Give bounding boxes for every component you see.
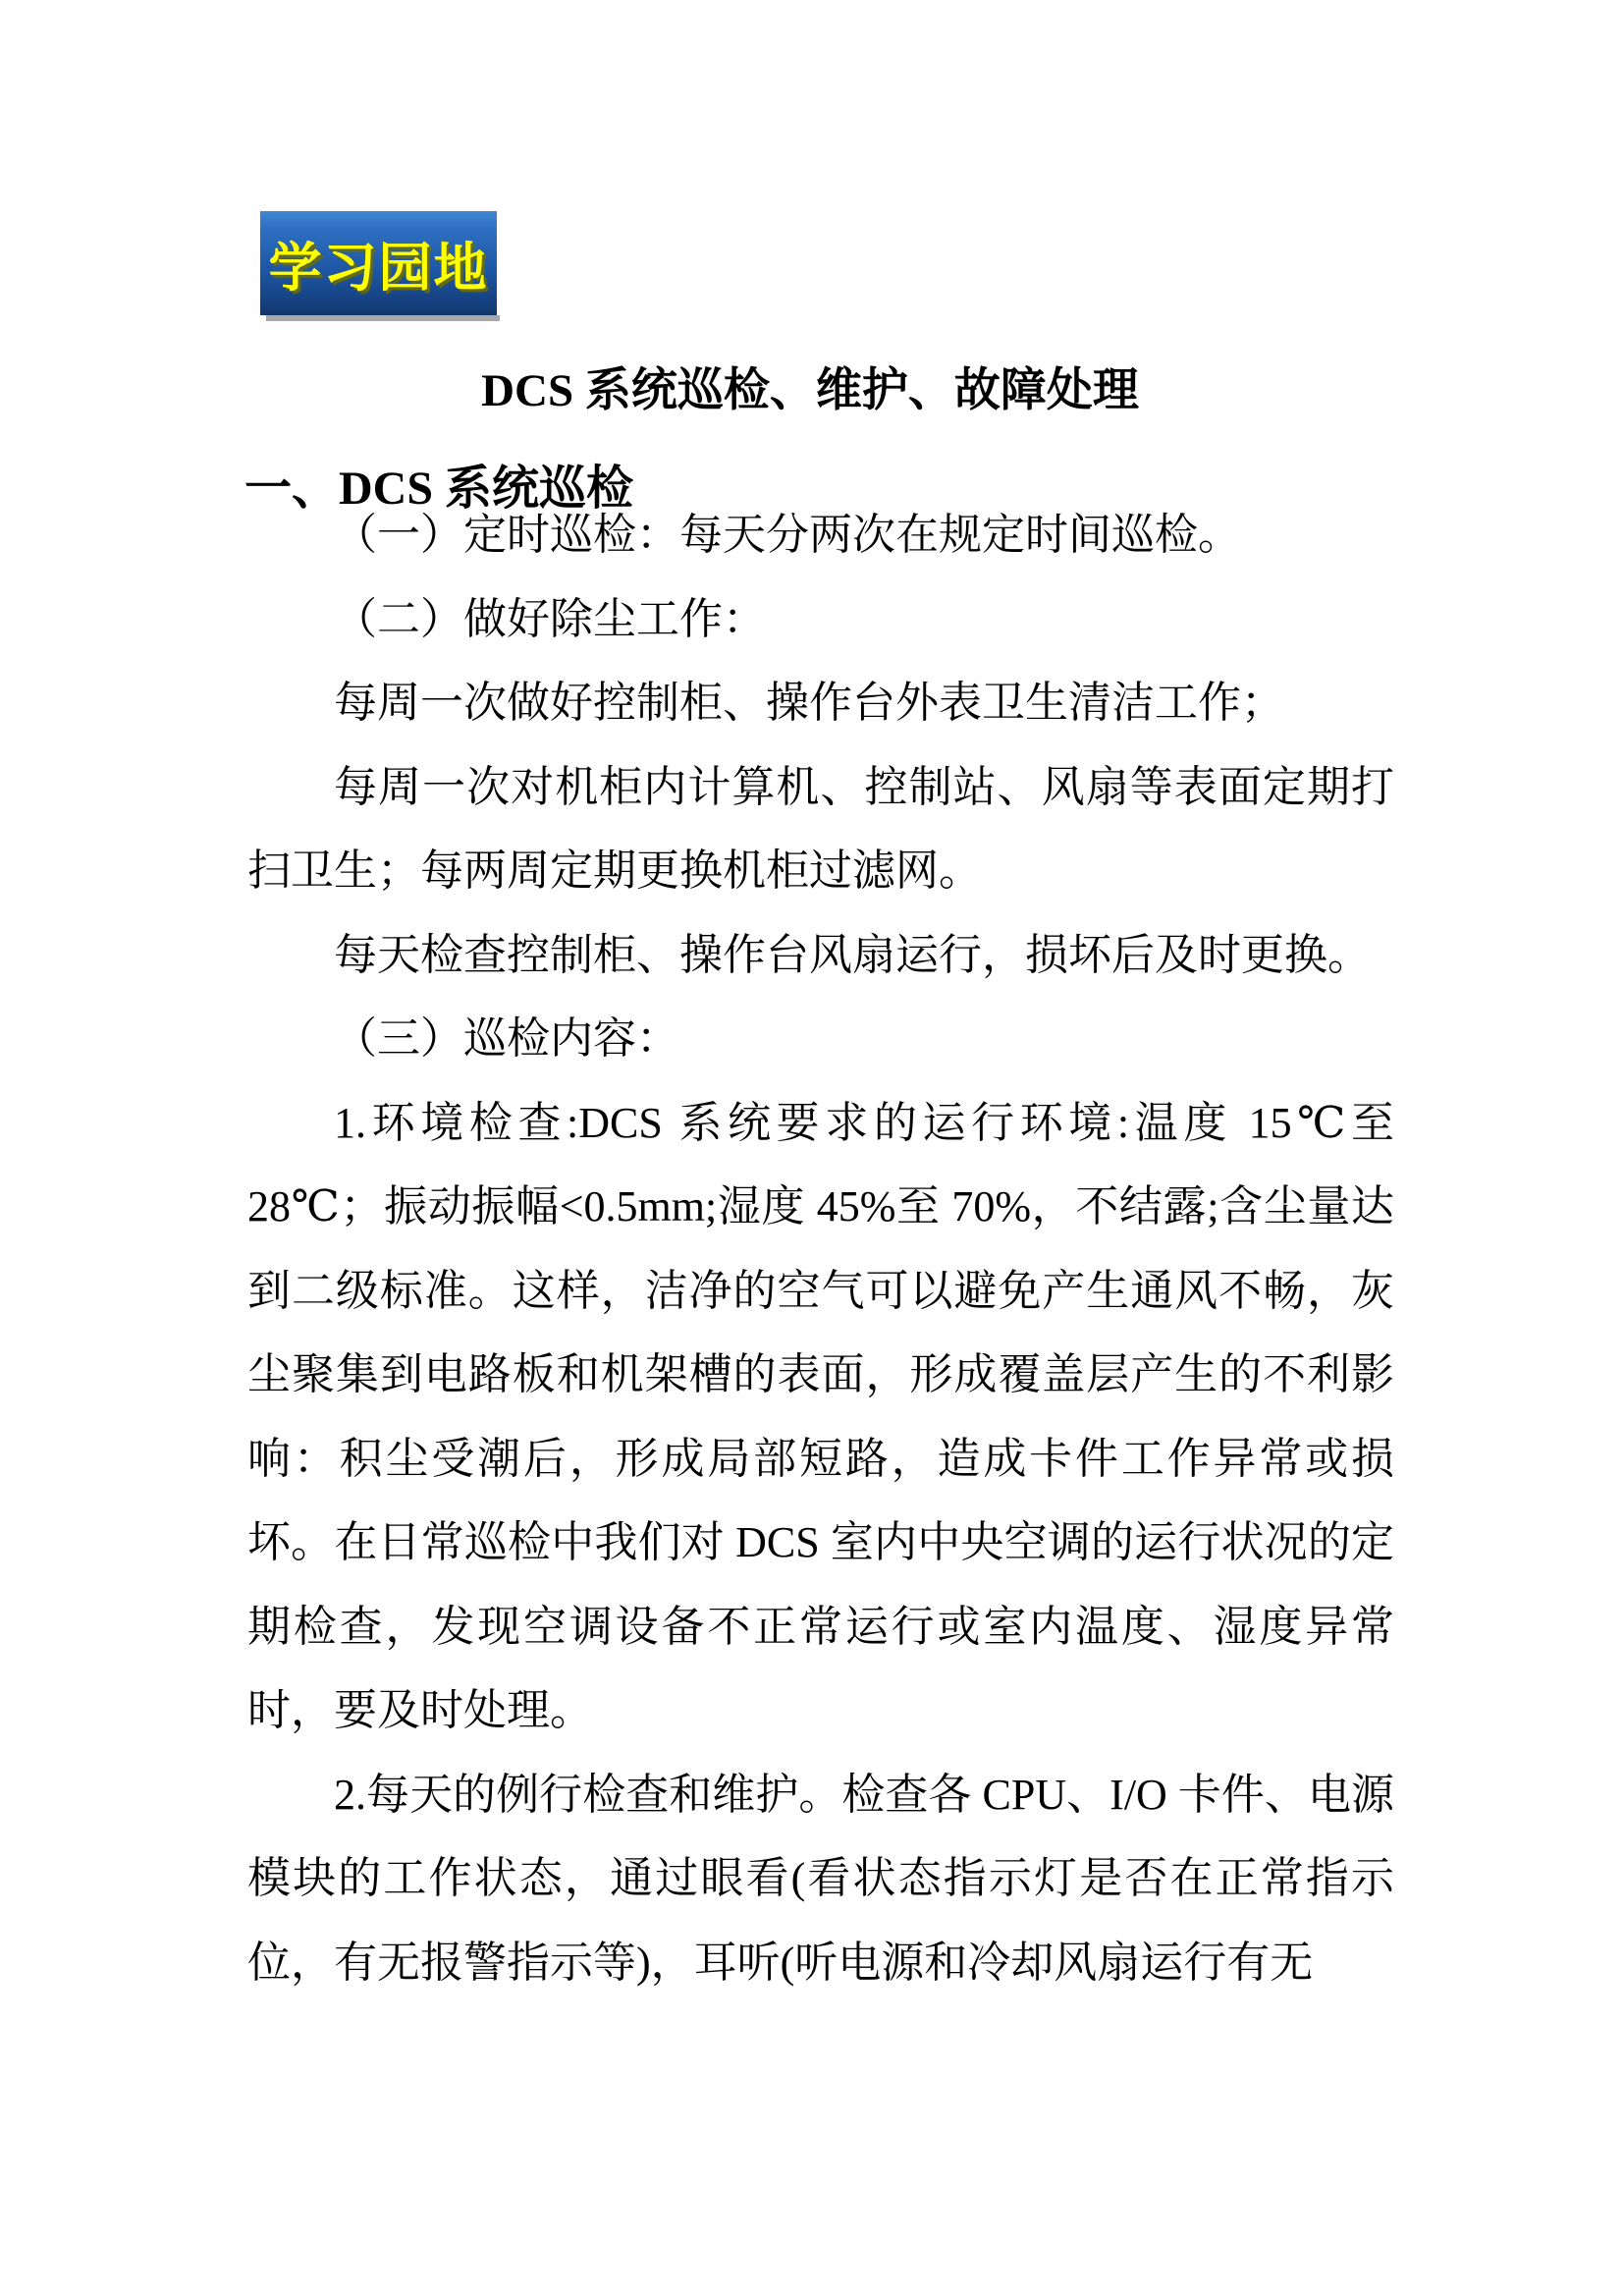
badge-label: 学习园地	[269, 226, 489, 301]
body-paragraph: 1.环境检查:DCS 系统要求的运行环境:温度 15℃至 28℃；振动振幅<0.…	[247, 1081, 1394, 1753]
document-title: DCS 系统巡检、维护、故障处理	[172, 362, 1448, 419]
document-page: 学习园地 DCS 系统巡检、维护、故障处理 一、DCS 系统巡检 （一）定时巡检…	[0, 0, 1623, 2296]
learning-corner-badge: 学习园地	[260, 211, 497, 315]
body-paragraph: 每天检查控制柜、操作台风扇运行，损坏后及时更换。	[247, 913, 1394, 998]
body-paragraph: （一）定时巡检：每天分两次在规定时间巡检。	[247, 493, 1394, 577]
document-body: （一）定时巡检：每天分两次在规定时间巡检。 （二）做好除尘工作： 每周一次做好控…	[247, 493, 1394, 2004]
body-paragraph: （二）做好除尘工作：	[247, 577, 1394, 662]
body-paragraph: 每周一次对机柜内计算机、控制站、风扇等表面定期打扫卫生；每两周定期更换机柜过滤网…	[247, 745, 1394, 913]
body-paragraph: （三）巡检内容：	[247, 997, 1394, 1081]
body-paragraph: 每周一次做好控制柜、操作台外表卫生清洁工作；	[247, 661, 1394, 745]
body-paragraph: 2.每天的例行检查和维护。检查各 CPU、I/O 卡件、电源模块的工作状态，通过…	[247, 1753, 1394, 2005]
